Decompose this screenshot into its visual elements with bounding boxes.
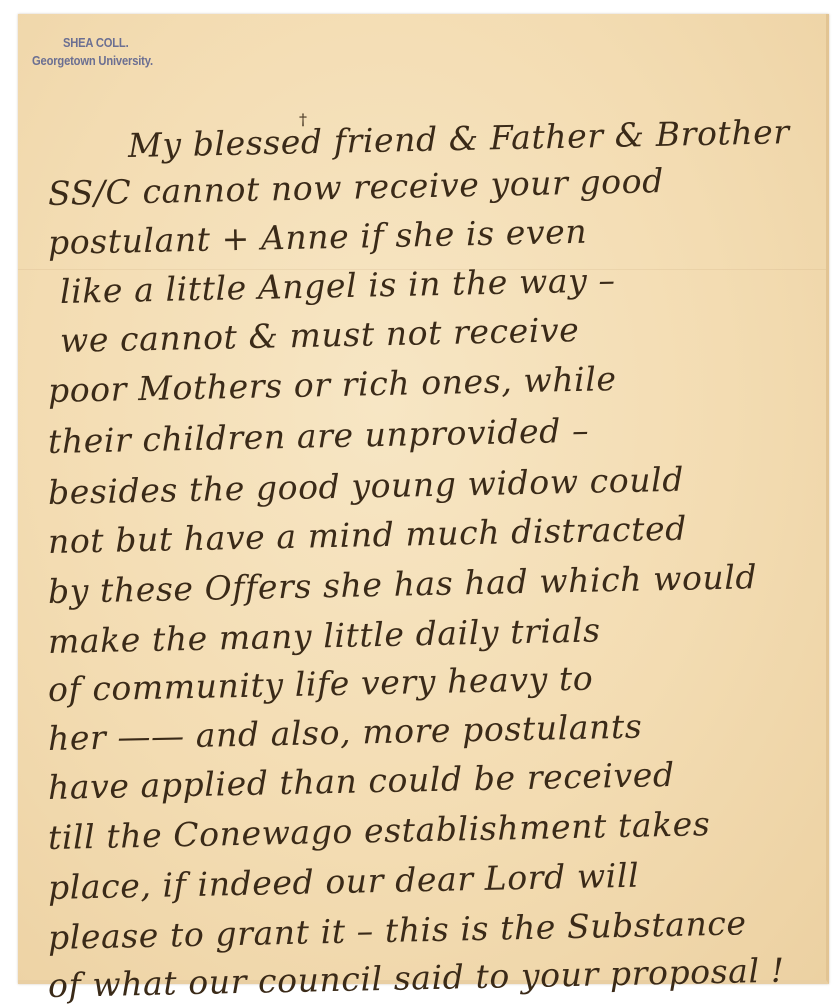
manuscript-page: SHEA COLL. Georgetown University. † My b… [18,14,829,984]
stamp-line-1: SHEA COLL. [32,34,153,52]
letter-line-2: SS/C cannot now receive your good [48,161,665,213]
letter-line-5: we cannot & must not receive [60,310,580,360]
letter-line-11: make the many little daily trials [48,610,601,661]
letter-line-1: My blessed friend & Father & Brother [128,112,790,165]
stamp-line-2: Georgetown University. [32,52,153,70]
letter-line-16: place, if indeed our dear Lord will [48,856,640,907]
letter-line-15: till the Conewago establishment takes [48,804,711,857]
letter-line-6: poor Mothers or rich ones, while [48,359,617,410]
letter-line-3: postulant + Anne if she is even [48,212,588,262]
letter-line-10: by these Offers she has had which would [48,557,758,611]
letter-line-9: not but have a mind much distracted [48,509,688,561]
collection-stamp: SHEA COLL. Georgetown University. [32,34,153,70]
letter-line-17: please to grant it – this is the Substan… [48,903,747,957]
letter-line-4: like a little Angel is in the way – [60,260,616,311]
letter-line-14: have applied than could be received [48,755,675,807]
letter-line-8: besides the good young widow could [48,460,685,512]
letter-line-18: of what our council said to your proposa… [48,951,785,1000]
letter-line-12: of community life very heavy to [48,659,594,709]
letter-line-13: her —— and also, more postulants [48,707,643,758]
letter-line-7: their children are unprovided – [48,411,590,461]
